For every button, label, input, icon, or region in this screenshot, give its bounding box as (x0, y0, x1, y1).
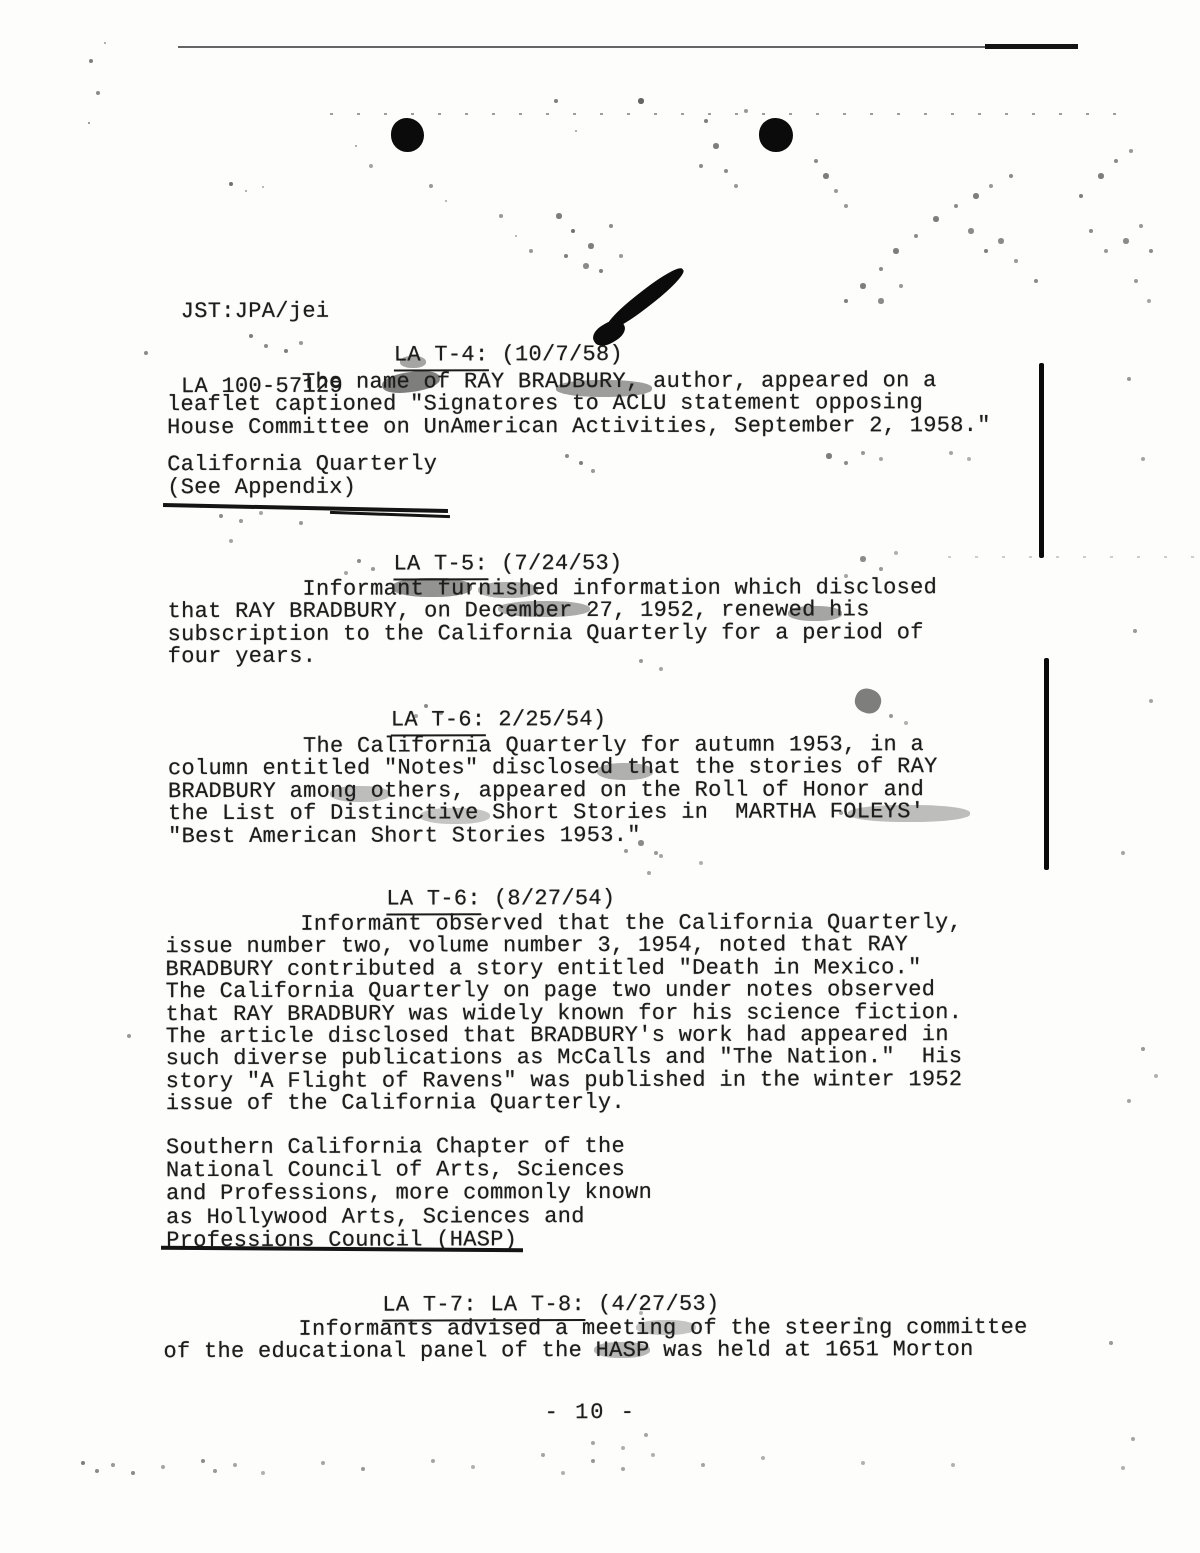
heading-date: (4/27/53) (585, 1292, 720, 1317)
paragraph-la-t4: The name of RAY BRADBURY, author, appear… (167, 370, 1027, 439)
heading-date: (10/7/58) (488, 342, 623, 367)
side-heading-california-quarterly: California Quarterly (See Appendix) (167, 452, 437, 499)
informant-symbol-label: LA T-4: (394, 343, 489, 372)
typist-initials: JST:JPA/jei (181, 299, 343, 324)
page-number: - 10 - (545, 1402, 636, 1425)
side-heading-hasp: Southern California Chapter of the Natio… (166, 1135, 652, 1252)
scanned-document-page: JST:JPA/jei LA 100-57129 LA T-4:(10/7/58… (0, 0, 1200, 1553)
paragraph-la-t7-t8: Informants advised a meeting of the stee… (163, 1317, 1043, 1364)
heading-date: 2/25/54) (485, 707, 606, 732)
document-content: JST:JPA/jei LA 100-57129 LA T-4:(10/7/58… (0, 0, 1200, 1553)
heading-date: (7/24/53) (488, 551, 623, 576)
heading-date: (8/27/54) (481, 886, 616, 911)
paragraph-la-t6-aug: Informant observed that the California Q… (165, 912, 1036, 1116)
paragraph-la-t6-feb: The California Quarterly for autumn 1953… (168, 734, 1028, 848)
paragraph-la-t5: Informant furnished information which di… (167, 577, 1027, 669)
